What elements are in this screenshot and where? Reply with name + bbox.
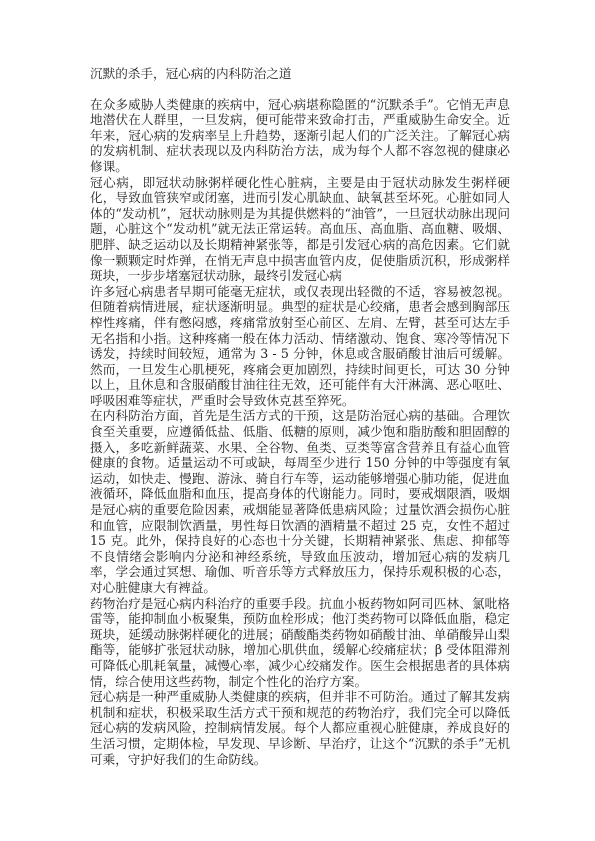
paragraph-medication: 药物治疗是冠心病内科治疗的重要手段。抗血小板药物如阿司匹林、氯吡格雷等，能抑制血…: [90, 596, 510, 690]
paragraph-intro: 在众多威胁人类健康的疾病中，冠心病堪称隐匿的“沉默杀手”。它悄无声息地潜伏在人群…: [90, 97, 510, 175]
paragraph-conclusion: 冠心病是一种严重威胁人类健康的疾病，但并非不可防治。通过了解其发病机制和症状，积…: [90, 689, 510, 767]
paragraph-definition: 冠心病，即冠状动脉粥样硬化性心脏病，主要是由于冠状动脉发生粥样硬化，导致血管狭窄…: [90, 175, 510, 284]
paragraph-symptoms: 许多冠心病患者早期可能毫无症状，或仅表现出轻微的不适，容易被忽视。但随着病情进展…: [90, 284, 510, 409]
document-title: 沉默的杀手，冠心病的内科防治之道: [90, 66, 510, 82]
document-page: 沉默的杀手，冠心病的内科防治之道 在众多威胁人类健康的疾病中，冠心病堪称隐匿的“…: [90, 66, 510, 767]
paragraph-lifestyle: 在内科防治方面，首先是生活方式的干预，这是防治冠心病的基础。合理饮食至关重要，应…: [90, 408, 510, 595]
